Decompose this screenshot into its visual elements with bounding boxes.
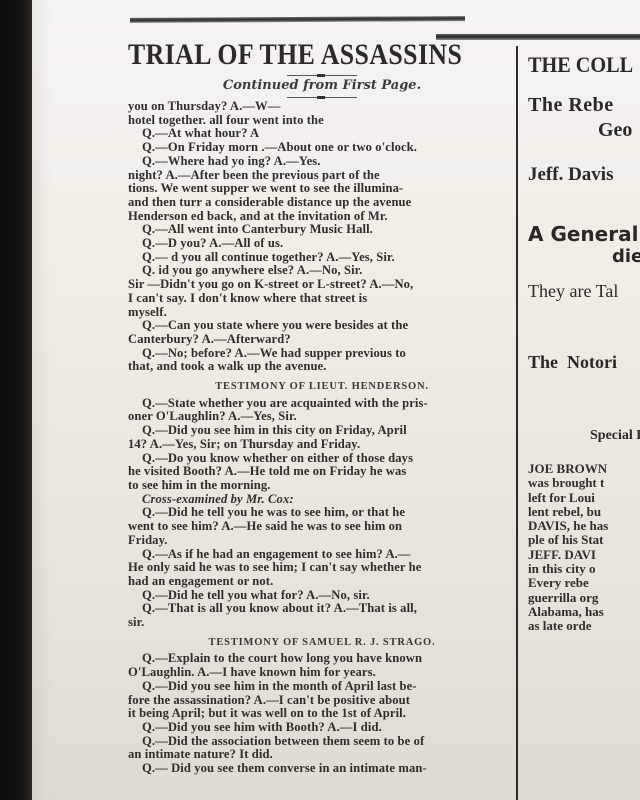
text-line: Q.—Do you know whether on either of thos… bbox=[128, 452, 516, 466]
paragraph-group-3: Q.—Did he tell you he was to see him, or… bbox=[128, 506, 516, 629]
text-line: an intimate nature? It did. bbox=[128, 748, 516, 762]
page-shadow bbox=[32, 0, 52, 800]
text-line: Q.—Did he tell you what for? A.—No, sir. bbox=[128, 589, 516, 603]
column-divider bbox=[516, 46, 518, 800]
text-line: that, and took a walk up the avenue. bbox=[128, 360, 516, 374]
text-line: 14? A.—Yes, Sir; on Thursday and Friday. bbox=[128, 438, 516, 452]
text-line: and then turr a considerable distance up… bbox=[128, 196, 516, 210]
text-line: as late orde bbox=[528, 619, 640, 633]
text-line: Q.—Did the association between them seem… bbox=[128, 735, 516, 749]
text-line: Every rebe bbox=[528, 576, 640, 590]
right-article: THE COLL The Rebe Geo Jeff. Davis A Gene… bbox=[528, 52, 640, 634]
right-deck-6: They are Tal bbox=[528, 281, 640, 302]
right-deck-1: The Rebe bbox=[528, 94, 640, 117]
text-line: Sir —Didn't you go on K-street or L-stre… bbox=[128, 278, 516, 292]
text-line: went to see him? A.—He said he was to se… bbox=[128, 520, 516, 534]
right-article-body: JOE BROWNwas brought tleft for Louilent … bbox=[528, 462, 640, 634]
text-line: Q.—Did he tell you he was to see him, or… bbox=[128, 506, 516, 520]
text-line: night? A.—After been the previous part o… bbox=[128, 169, 516, 183]
text-line: DAVIS, he has bbox=[528, 519, 640, 533]
text-line: Q.—Did you see him in this city on Frida… bbox=[128, 424, 516, 438]
text-line: fore the assassination? A.—I can't be po… bbox=[128, 694, 516, 708]
right-deck-3: Jeff. Davis bbox=[528, 164, 640, 186]
text-line: tions. We went supper we went to see the… bbox=[128, 182, 516, 196]
text-line: lent rebel, bu bbox=[528, 505, 640, 519]
text-line: hotel together. all four went into the bbox=[128, 114, 516, 128]
text-line: had an engagement or not. bbox=[128, 575, 516, 589]
text-line: Friday. bbox=[128, 534, 516, 548]
text-line: Q.—No; before? A.—We had supper previous… bbox=[128, 347, 516, 361]
text-line: he visited Booth? A.—He told me on Frida… bbox=[128, 465, 516, 479]
text-line: Q.—Where had yo ing? A.—Yes. bbox=[128, 155, 516, 169]
text-line: Q.— Did you see them converse in an inti… bbox=[128, 762, 516, 776]
right-deck-5: die bbox=[612, 246, 640, 267]
right-deck-2: Geo bbox=[598, 119, 640, 142]
text-line: ple of his Stat bbox=[528, 533, 640, 547]
ornament-rule bbox=[287, 75, 357, 76]
text-line: in this city o bbox=[528, 562, 640, 576]
text-line: myself. bbox=[128, 306, 516, 320]
text-line: JEFF. DAVI bbox=[528, 548, 640, 562]
ornament-rule bbox=[287, 97, 357, 98]
top-rule-left bbox=[130, 16, 465, 23]
text-line: Q.—Did you see him in the month of April… bbox=[128, 680, 516, 694]
cross-examination-heading: Cross-examined by Mr. Cox: bbox=[128, 493, 516, 507]
text-line: Q.—At what hour? A bbox=[128, 127, 516, 141]
section-title-strago: TESTIMONY OF SAMUEL R. J. STRAGO. bbox=[128, 636, 516, 650]
text-line: O'Laughlin. A.—I have known him for year… bbox=[128, 666, 516, 680]
text-line: Alabama, has bbox=[528, 605, 640, 619]
text-line: Henderson ed back, and at the invitation… bbox=[128, 210, 516, 224]
article-body: you on Thursday? A.—W—hotel together. al… bbox=[128, 100, 516, 776]
right-dateline-1: Special D bbox=[590, 428, 640, 444]
text-line: Q.—That is all you know about it? A.—Tha… bbox=[128, 602, 516, 616]
text-line: Q.—Can you state where you were besides … bbox=[128, 319, 516, 333]
text-line: sir. bbox=[128, 616, 516, 630]
text-line: Q.—Explain to the court how long you hav… bbox=[128, 652, 516, 666]
text-line: Canterbury? A.—Afterward? bbox=[128, 333, 516, 347]
right-deck-7: The Notori bbox=[528, 352, 640, 373]
text-line: guerrilla org bbox=[528, 591, 640, 605]
text-line: Q.—All went into Canterbury Music Hall. bbox=[128, 223, 516, 237]
text-line: left for Loui bbox=[528, 491, 640, 505]
continued-note: Continued from First Page. bbox=[128, 78, 516, 94]
right-headline: THE COLL bbox=[528, 52, 640, 78]
text-line: I can't say. I don't know where that str… bbox=[128, 292, 516, 306]
paragraph-group-1: you on Thursday? A.—W—hotel together. al… bbox=[128, 100, 516, 374]
text-line: Q.—State whether you are acquainted with… bbox=[128, 397, 516, 411]
text-line: Q.—D you? A.—All of us. bbox=[128, 237, 516, 251]
text-line: was brought t bbox=[528, 476, 640, 490]
text-line: He only said he was to see him; I can't … bbox=[128, 561, 516, 575]
text-line: JOE BROWN bbox=[528, 462, 640, 476]
text-line: Q.—As if he had an engagement to see him… bbox=[128, 548, 516, 562]
text-line: Q. id you go anywhere else? A.—No, Sir. bbox=[128, 264, 516, 278]
text-line: it being April; but it was well on to th… bbox=[128, 707, 516, 721]
left-article: TRIAL OF THE ASSASSINS Continued from Fi… bbox=[128, 38, 516, 776]
text-line: you on Thursday? A.—W— bbox=[128, 100, 516, 114]
text-line: oner O'Laughlin? A.—Yes, Sir. bbox=[128, 410, 516, 424]
text-line: Q.—Did you see him with Booth? A.—I did. bbox=[128, 721, 516, 735]
dark-background-edge bbox=[0, 0, 32, 800]
newspaper-page: TRIAL OF THE ASSASSINS Continued from Fi… bbox=[32, 0, 640, 800]
text-line: to see him in the morning. bbox=[128, 479, 516, 493]
text-line: Q.— d you all continue together? A.—Yes,… bbox=[128, 251, 516, 265]
paragraph-group-4: Q.—Explain to the court how long you hav… bbox=[128, 652, 516, 775]
article-headline: TRIAL OF THE ASSASSINS bbox=[128, 38, 462, 72]
paragraph-group-2: Q.—State whether you are acquainted with… bbox=[128, 397, 516, 493]
text-line: Q.—On Friday morn .—About one or two o'c… bbox=[128, 141, 516, 155]
right-deck-4: A General bbox=[528, 222, 640, 246]
section-title-henderson: TESTIMONY OF LIEUT. HENDERSON. bbox=[128, 380, 516, 394]
